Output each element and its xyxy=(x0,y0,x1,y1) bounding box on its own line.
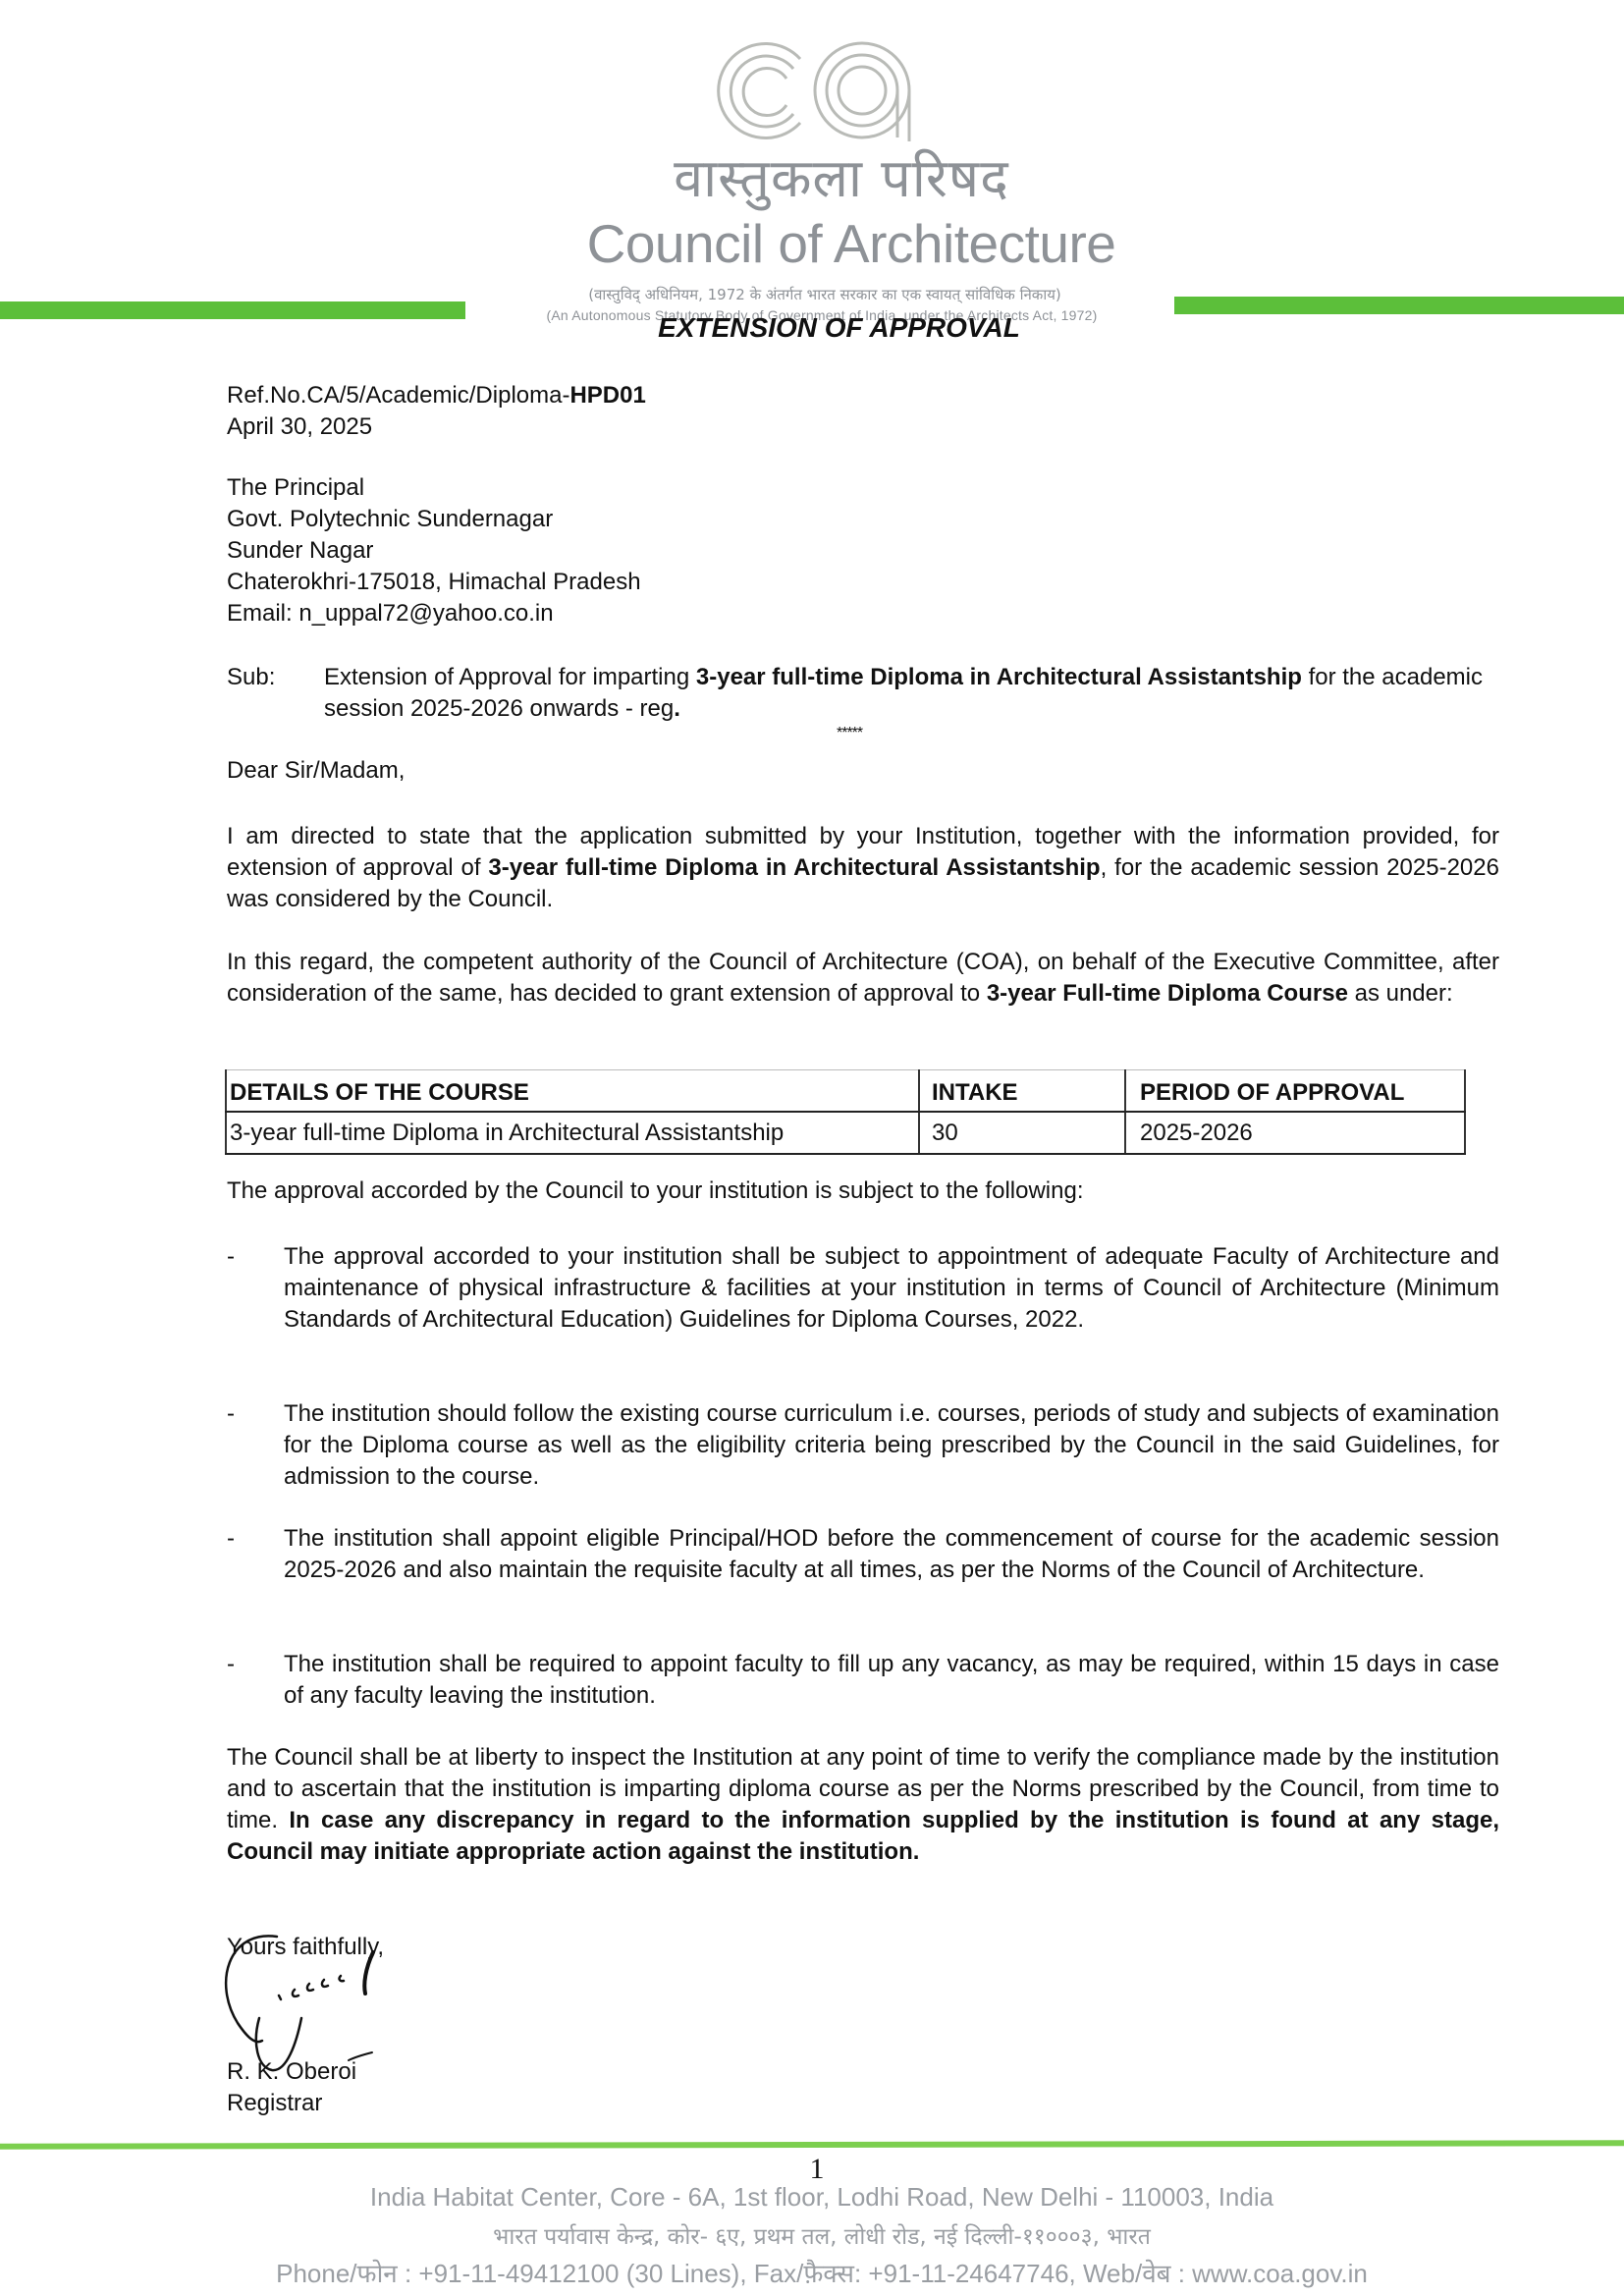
footer-address-english: India Habitat Center, Core - 6A, 1st flo… xyxy=(0,2182,1624,2213)
column-header-intake: INTAKE xyxy=(919,1070,1125,1113)
paragraph-consideration: I am directed to state that the applicat… xyxy=(227,821,1499,915)
address-line: Govt. Polytechnic Sundernagar xyxy=(227,504,1499,535)
course-approval-table: DETAILS OF THE COURSE INTAKE PERIOD OF A… xyxy=(225,1069,1466,1155)
bullet-dash: - xyxy=(227,1523,235,1555)
subject-text: Extension of Approval for imparting 3-ye… xyxy=(324,662,1499,725)
reference-block: Ref.No.CA/5/Academic/Diploma-HPD01 April… xyxy=(227,380,1499,443)
signatory-name: R. K. Oberoi xyxy=(227,2056,1499,2088)
column-header-period: PERIOD OF APPROVAL xyxy=(1125,1070,1465,1113)
document-heading: EXTENSION OF APPROVAL xyxy=(0,312,1624,344)
address-line: Sunder Nagar xyxy=(227,535,1499,567)
paragraph-inspection: The Council shall be at liberty to inspe… xyxy=(227,1742,1499,1868)
cell-period: 2025-2026 xyxy=(1125,1112,1465,1154)
address-line: The Principal xyxy=(227,472,1499,504)
subject-label: Sub: xyxy=(227,662,275,693)
signatory-title: Registrar xyxy=(227,2088,1499,2119)
cell-course: 3-year full-time Diploma in Architectura… xyxy=(226,1112,919,1154)
table-header-row: DETAILS OF THE COURSE INTAKE PERIOD OF A… xyxy=(226,1070,1465,1113)
address-email[interactable]: Email: n_uppal72@yahoo.co.in xyxy=(227,598,1499,629)
table-row: 3-year full-time Diploma in Architectura… xyxy=(226,1112,1465,1154)
recipient-address: The Principal Govt. Polytechnic Sunderna… xyxy=(227,472,1499,629)
reference-number: Ref.No.CA/5/Academic/Diploma-HPD01 xyxy=(227,380,1499,411)
org-subtitle-hindi: (वास्तुविद् अधिनियम, 1972 के अंतर्गत भार… xyxy=(481,285,1168,304)
paragraph-conditions-intro: The approval accorded by the Council to … xyxy=(227,1175,1499,1207)
bullet-dash: - xyxy=(227,1398,235,1430)
closing-line: Yours faithfully, xyxy=(227,1932,1499,1963)
bullet-dash: - xyxy=(227,1241,235,1273)
page-number: 1 xyxy=(0,2153,1624,2186)
paragraph-decision: In this regard, the competent authority … xyxy=(227,947,1499,1010)
salutation: Dear Sir/Madam, xyxy=(227,755,1499,787)
signature-icon xyxy=(208,1925,405,2072)
footer-address-hindi: भारत पर्यावास केन्द्र, कोर- ६ए, प्रथम तल… xyxy=(0,2219,1624,2251)
signatory-block: R. K. Oberoi Registrar xyxy=(227,2056,1499,2119)
address-line: Chaterokhri-175018, Himachal Pradesh xyxy=(227,567,1499,598)
letter-date: April 30, 2025 xyxy=(227,411,1499,443)
cell-intake: 30 xyxy=(919,1112,1125,1154)
reference-code: HPD01 xyxy=(569,382,645,409)
footer-contact: Phone/फोन : +91-11-49412100 (30 Lines), … xyxy=(0,2255,1624,2290)
separator-stars: ***** xyxy=(837,725,862,742)
bullet-dash: - xyxy=(227,1649,235,1680)
footer-accent-bar xyxy=(0,2140,1624,2149)
letter-page: वास्तुकला परिषद Council of Architecture … xyxy=(0,0,1624,2296)
org-name-english: Council of Architecture xyxy=(0,212,1624,275)
org-name-hindi: वास्तुकला परिषद xyxy=(0,139,1624,212)
coa-logo-icon xyxy=(707,29,923,147)
column-header-course: DETAILS OF THE COURSE xyxy=(226,1070,919,1113)
